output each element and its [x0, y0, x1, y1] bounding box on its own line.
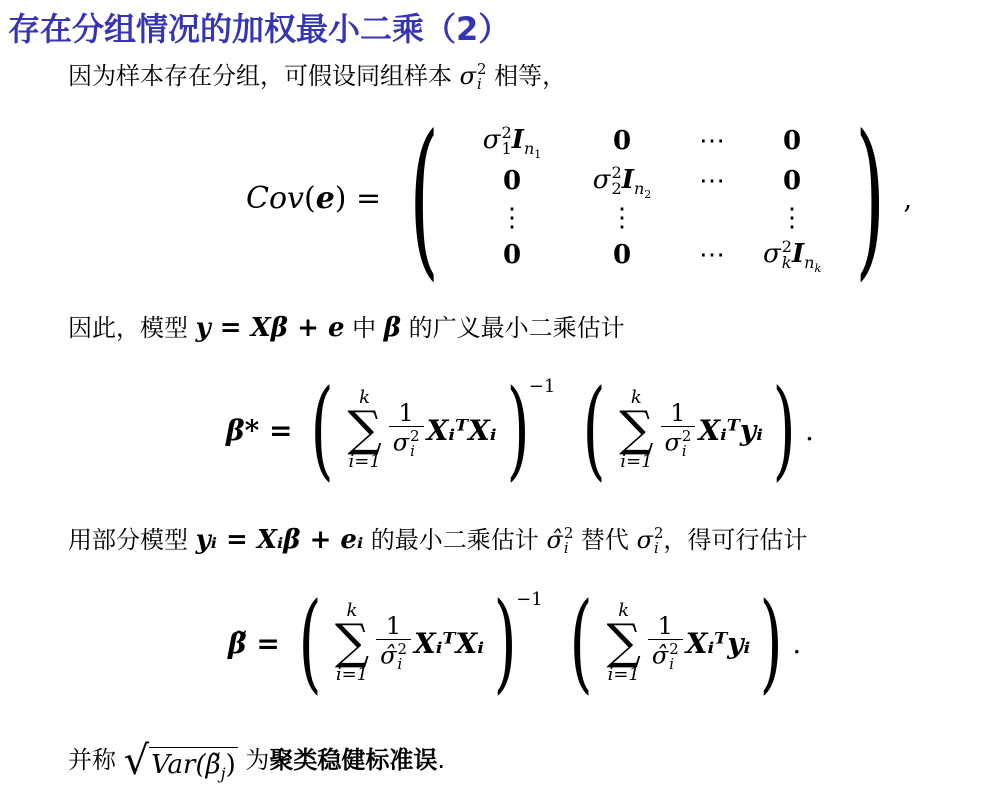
term-xty: Xᵢᵀyᵢ	[686, 627, 751, 660]
estimated-inverse-variance-fraction: 1σ̂2i	[648, 614, 683, 672]
equation-period: .	[805, 414, 814, 447]
inverse-exponent: −1	[529, 376, 556, 397]
matrix-trailing-comma: ,	[903, 182, 912, 215]
left-paren: (	[570, 589, 593, 697]
right-paren: )	[493, 589, 516, 697]
sigma-symbol: σ	[460, 62, 476, 90]
model-equation: y = Xβ + e	[196, 313, 345, 343]
cov-function: Cov	[246, 181, 304, 216]
right-paren: )	[760, 589, 783, 697]
left-paren: (	[298, 589, 321, 697]
right-paren: )	[772, 376, 795, 484]
cluster-robust-se-term: 聚类稳健标准误	[269, 746, 437, 774]
fgls-estimator-equation: β̃ = ( k∑i=1 1σ̂2i XᵢᵀXᵢ ) −1 ( k∑i=1 1σ…	[228, 585, 801, 701]
right-paren: )	[506, 376, 529, 484]
summation: k∑i=1	[607, 602, 641, 684]
cov-arg: e	[316, 181, 335, 216]
summation: k∑i=1	[335, 602, 369, 684]
estimated-inverse-variance-fraction: 1σ̂2i	[376, 614, 411, 672]
matrix-cell-2-3: ⋯	[699, 166, 725, 196]
sqrt-variance: √Var(β̃j)	[124, 741, 238, 781]
matrix-left-paren: (	[409, 113, 439, 283]
intro-sentence: 因为样本存在分组，可假设同组样本 σ2i 相等，	[68, 56, 566, 92]
inverse-exponent: −1	[516, 589, 543, 610]
matrix-cell-1-4: 0	[783, 126, 801, 156]
gls-intro-sentence: 因此，模型 y = Xβ + e 中 β 的广义最小二乘估计	[68, 308, 625, 343]
left-paren: (	[311, 376, 334, 484]
partial-model-equation: yᵢ = Xᵢβ + eᵢ	[196, 525, 364, 555]
summation: k∑i=1	[619, 389, 653, 471]
matrix-cell-4-3: ⋯	[699, 240, 725, 270]
sigma-scripts: 2i	[477, 62, 486, 92]
intro-suffix: 相等，	[487, 62, 567, 90]
fgls-intro-sentence: 用部分模型 yᵢ = Xᵢβ + eᵢ 的最小二乘估计 σ̂2i 替代 σ2i，…	[68, 520, 807, 556]
matrix-cell-3-2: ⋮	[609, 203, 635, 233]
matrix-cell-4-2: 0	[613, 240, 631, 270]
matrix-cell-2-1: 0	[503, 166, 521, 196]
matrix-cell-2-2: σ22In2	[593, 165, 651, 197]
gls-estimator-equation: β* = ( k∑i=1 1σ2i XᵢᵀXᵢ ) −1 ( k∑i=1 1σ2…	[226, 372, 814, 488]
gls-intro-text: 因此，模型	[68, 314, 196, 342]
sigma-symbol: σ	[637, 526, 653, 554]
intro-text: 因为样本存在分组，可假设同组样本	[68, 62, 460, 90]
matrix-cell-1-3: ⋯	[699, 126, 725, 156]
beta-symbol: β	[384, 313, 401, 343]
equation-period: .	[792, 627, 801, 660]
matrix-right-paren: )	[855, 113, 885, 283]
conclusion-sentence: 并称 √Var(β̃j) 为聚类稳健标准误.	[68, 740, 445, 781]
matrix-cell-1-1: σ21In1	[483, 125, 541, 157]
beta-star-lhs: β* =	[226, 414, 292, 447]
matrix-cell-2-4: 0	[783, 166, 801, 196]
beta-tilde-lhs: β̃ =	[228, 627, 280, 660]
matrix-cell-3-4: ⋮	[779, 203, 805, 233]
term-xtx: XᵢᵀXᵢ	[414, 627, 484, 660]
covariance-equation: Cov(e) = ( σ21In1 0 ⋯ 0 0 σ22In2 ⋯ 0 ⋮ ⋮…	[246, 118, 912, 278]
matrix-cell-4-1: 0	[503, 240, 521, 270]
slide-title: 存在分组情况的加权最小二乘（2）	[8, 4, 510, 50]
covariance-matrix: σ21In1 0 ⋯ 0 0 σ22In2 ⋯ 0 ⋮ ⋮ ⋮ 0 0 ⋯ σ2…	[457, 121, 837, 275]
term-xty: Xᵢᵀyᵢ	[698, 414, 763, 447]
sigma-hat-symbol: σ̂	[546, 526, 562, 554]
inverse-variance-fraction: 1σ2i	[389, 401, 424, 459]
matrix-cell-3-1: ⋮	[499, 203, 525, 233]
term-xtx: XᵢᵀXᵢ	[427, 414, 497, 447]
matrix-cell-4-4: σ2kInk	[763, 239, 821, 271]
summation: k∑i=1	[348, 389, 382, 471]
inverse-variance-fraction: 1σ2i	[661, 401, 696, 459]
left-paren: (	[583, 376, 606, 484]
matrix-cell-1-2: 0	[613, 126, 631, 156]
radical-icon: √	[124, 741, 150, 781]
